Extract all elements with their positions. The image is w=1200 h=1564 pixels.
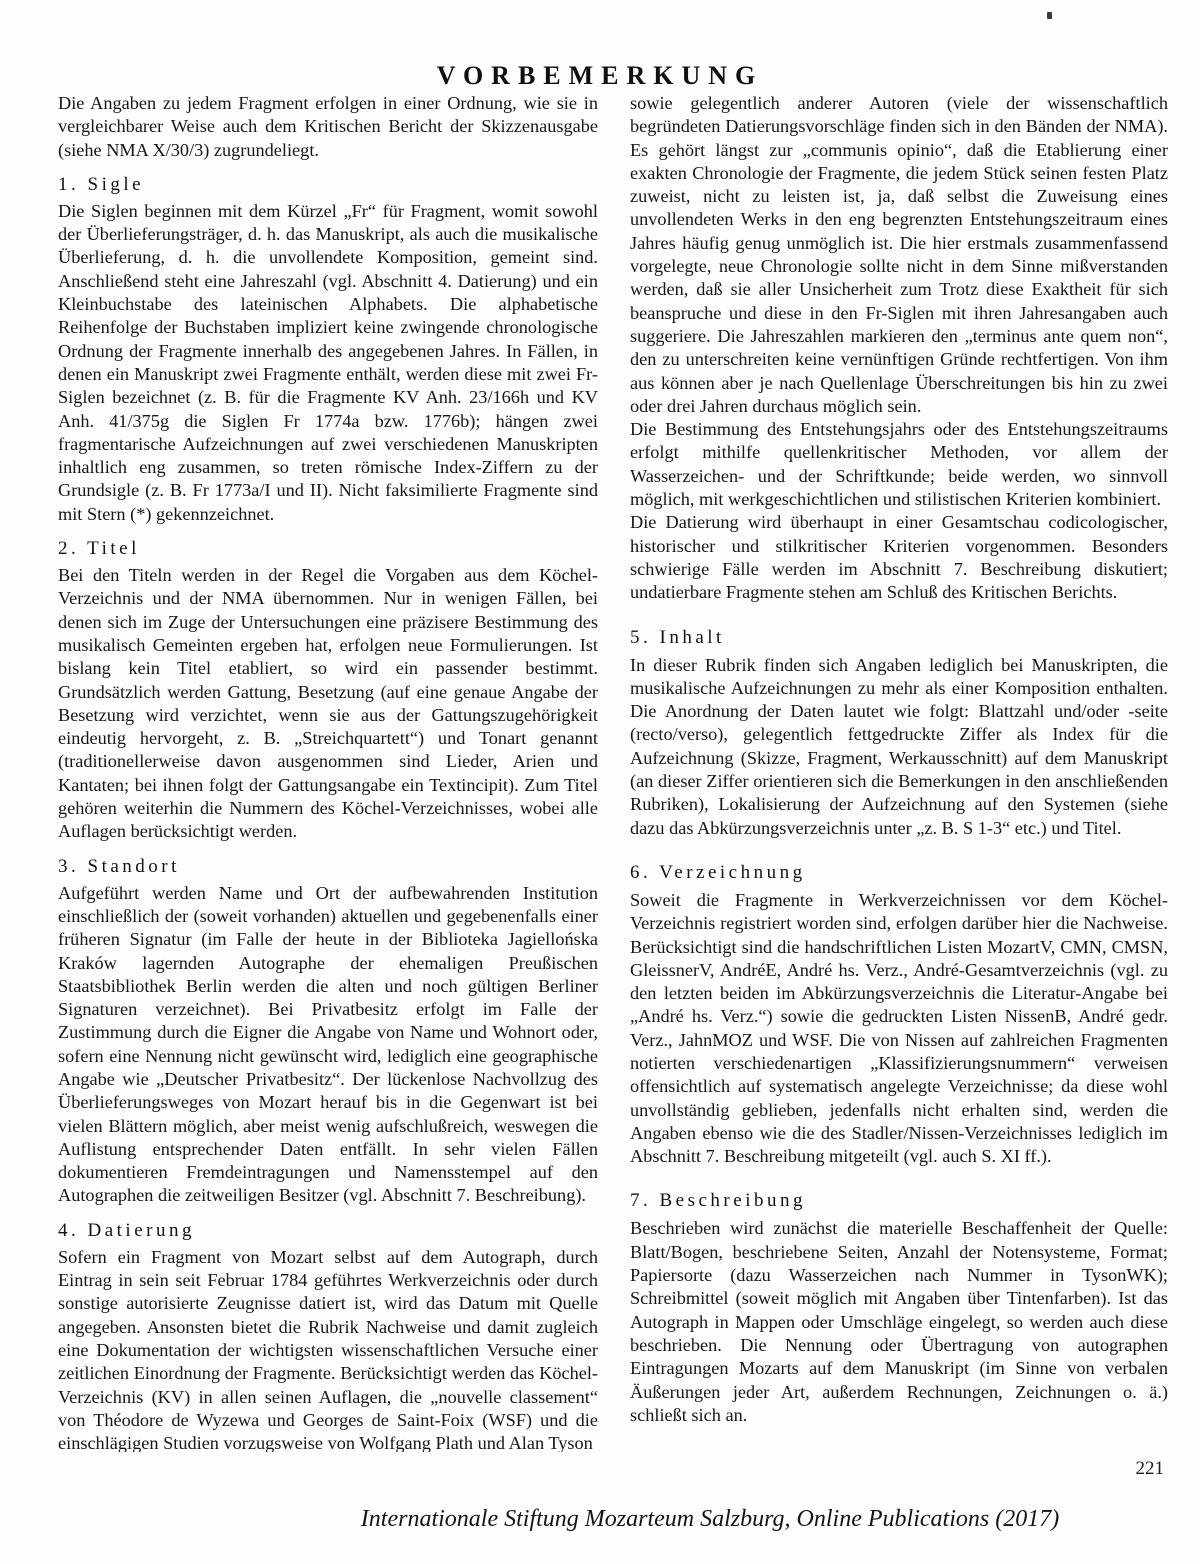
section-body-sigle: Die Siglen beginnen mit dem Kürzel „Fr“ … bbox=[58, 200, 598, 526]
section-body-datierung: Sofern ein Fragment von Mozart selbst au… bbox=[58, 1246, 598, 1452]
page-title: VORBEMERKUNG bbox=[0, 61, 1200, 91]
section-body-verzeichnung: Soweit die Fragmente in Werkverzeichniss… bbox=[630, 889, 1168, 1169]
right-column: sowie gelegentlich anderer Autoren (viel… bbox=[630, 92, 1168, 1452]
section-heading-titel: 2. Titel bbox=[58, 538, 598, 560]
left-column: Die Angaben zu jedem Fragment erfolgen i… bbox=[58, 92, 598, 1452]
section-heading-verzeichnung: 6. Verzeichnung bbox=[630, 862, 1168, 884]
section-heading-inhalt: 5. Inhalt bbox=[630, 627, 1168, 649]
document-page: VORBEMERKUNG Die Angaben zu jedem Fragme… bbox=[0, 0, 1200, 1564]
section-heading-beschreibung: 7. Beschreibung bbox=[630, 1190, 1168, 1212]
section-heading-datierung: 4. Datierung bbox=[58, 1220, 598, 1242]
publication-footer: Internationale Stiftung Mozarteum Salzbu… bbox=[0, 1506, 1200, 1533]
datierung-gesamtschau-paragraph: Die Datierung wird überhaupt in einer Ge… bbox=[630, 511, 1168, 604]
datierung-continuation-paragraph: sowie gelegentlich anderer Autoren (viel… bbox=[630, 92, 1168, 418]
section-body-standort: Aufgeführt werden Name und Ort der aufbe… bbox=[58, 882, 598, 1208]
section-body-inhalt: In dieser Rubrik finden sich Angaben led… bbox=[630, 654, 1168, 840]
text-columns: Die Angaben zu jedem Fragment erfolgen i… bbox=[58, 92, 1168, 1452]
section-heading-sigle: 1. Sigle bbox=[58, 174, 598, 196]
section-body-beschreibung: Beschrieben wird zunächst die materielle… bbox=[630, 1217, 1168, 1427]
section-body-titel: Bei den Titeln werden in der Regel die V… bbox=[58, 564, 598, 844]
page-number: 221 bbox=[1136, 1458, 1165, 1480]
bestimmung-paragraph: Die Bestimmung des Entstehungsjahrs oder… bbox=[630, 418, 1168, 511]
scan-artifact-dot bbox=[1047, 12, 1052, 19]
section-heading-standort: 3. Standort bbox=[58, 856, 598, 878]
intro-paragraph: Die Angaben zu jedem Fragment erfolgen i… bbox=[58, 92, 598, 162]
